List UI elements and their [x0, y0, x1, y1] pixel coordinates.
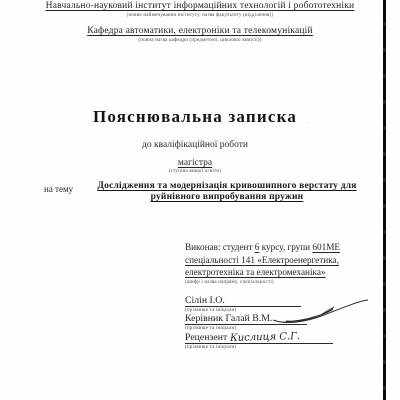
supervisor-role-label: Керівник: [185, 313, 225, 324]
field-caption-specialty: (шифр і назва напряму, спеціальності): [185, 280, 375, 285]
reviewer-name: Рецензент Кислиця С.Г.: [185, 332, 333, 344]
specialty-line1: спеціальності 141 «Електроенергетика,: [185, 254, 375, 267]
department-name: Кафедра автоматики, електроніки та телек…: [0, 26, 400, 36]
thesis-topic-line1: Дослідження та модернізація кривошипного…: [88, 181, 366, 191]
reviewer-role-label: Рецензент: [185, 332, 230, 343]
thesis-topic: Дослідження та модернізація кривошипного…: [88, 181, 366, 202]
signature-stroke: [272, 298, 370, 326]
executor-line1: Виконав: студент 6 курсу, групи 601МЕ: [185, 241, 375, 254]
degree-level: магістра: [0, 158, 390, 168]
group-code: 601МЕ: [312, 242, 340, 252]
executor-middle: курсу, групи: [259, 242, 312, 252]
scan-edge-line: [383, 0, 386, 400]
doc-subtitle: до кваліфікаційної роботи: [0, 140, 390, 150]
field-caption-degree: (ступінь вищої освіти): [0, 169, 390, 174]
institute-name: Навчально-науковий інститут інформаційни…: [0, 1, 400, 11]
page-title: Пояснювальна записка: [0, 107, 390, 127]
executor-prefix: Виконав: студент: [185, 242, 255, 252]
field-caption-institute: (повне найменування інституту, назва фак…: [0, 13, 400, 18]
supervisor-name-text: Галай В.М.: [225, 313, 272, 324]
theme-label: на тему: [44, 184, 73, 194]
executor-block: Виконав: студент 6 курсу, групи 601МЕ сп…: [185, 241, 375, 285]
field-caption-reviewer: (прізвище та ініціали): [185, 345, 333, 350]
student-name-text: Сілін І.О.: [185, 295, 225, 306]
reviewer-name-handwritten: Кислиця С.Г.: [230, 331, 300, 344]
reviewer-row: Рецензент Кислиця С.Г. (прізвище та ініц…: [185, 327, 333, 350]
field-caption-department: (повна назва кафедри (предметної, циклов…: [0, 38, 400, 43]
thesis-topic-line2: руйнівного випробування пружин: [88, 192, 366, 202]
specialty-line2: електротехніка та електромеханіка»: [185, 266, 375, 279]
scanned-title-page: Навчально-науковий інститут інформаційни…: [0, 0, 400, 400]
